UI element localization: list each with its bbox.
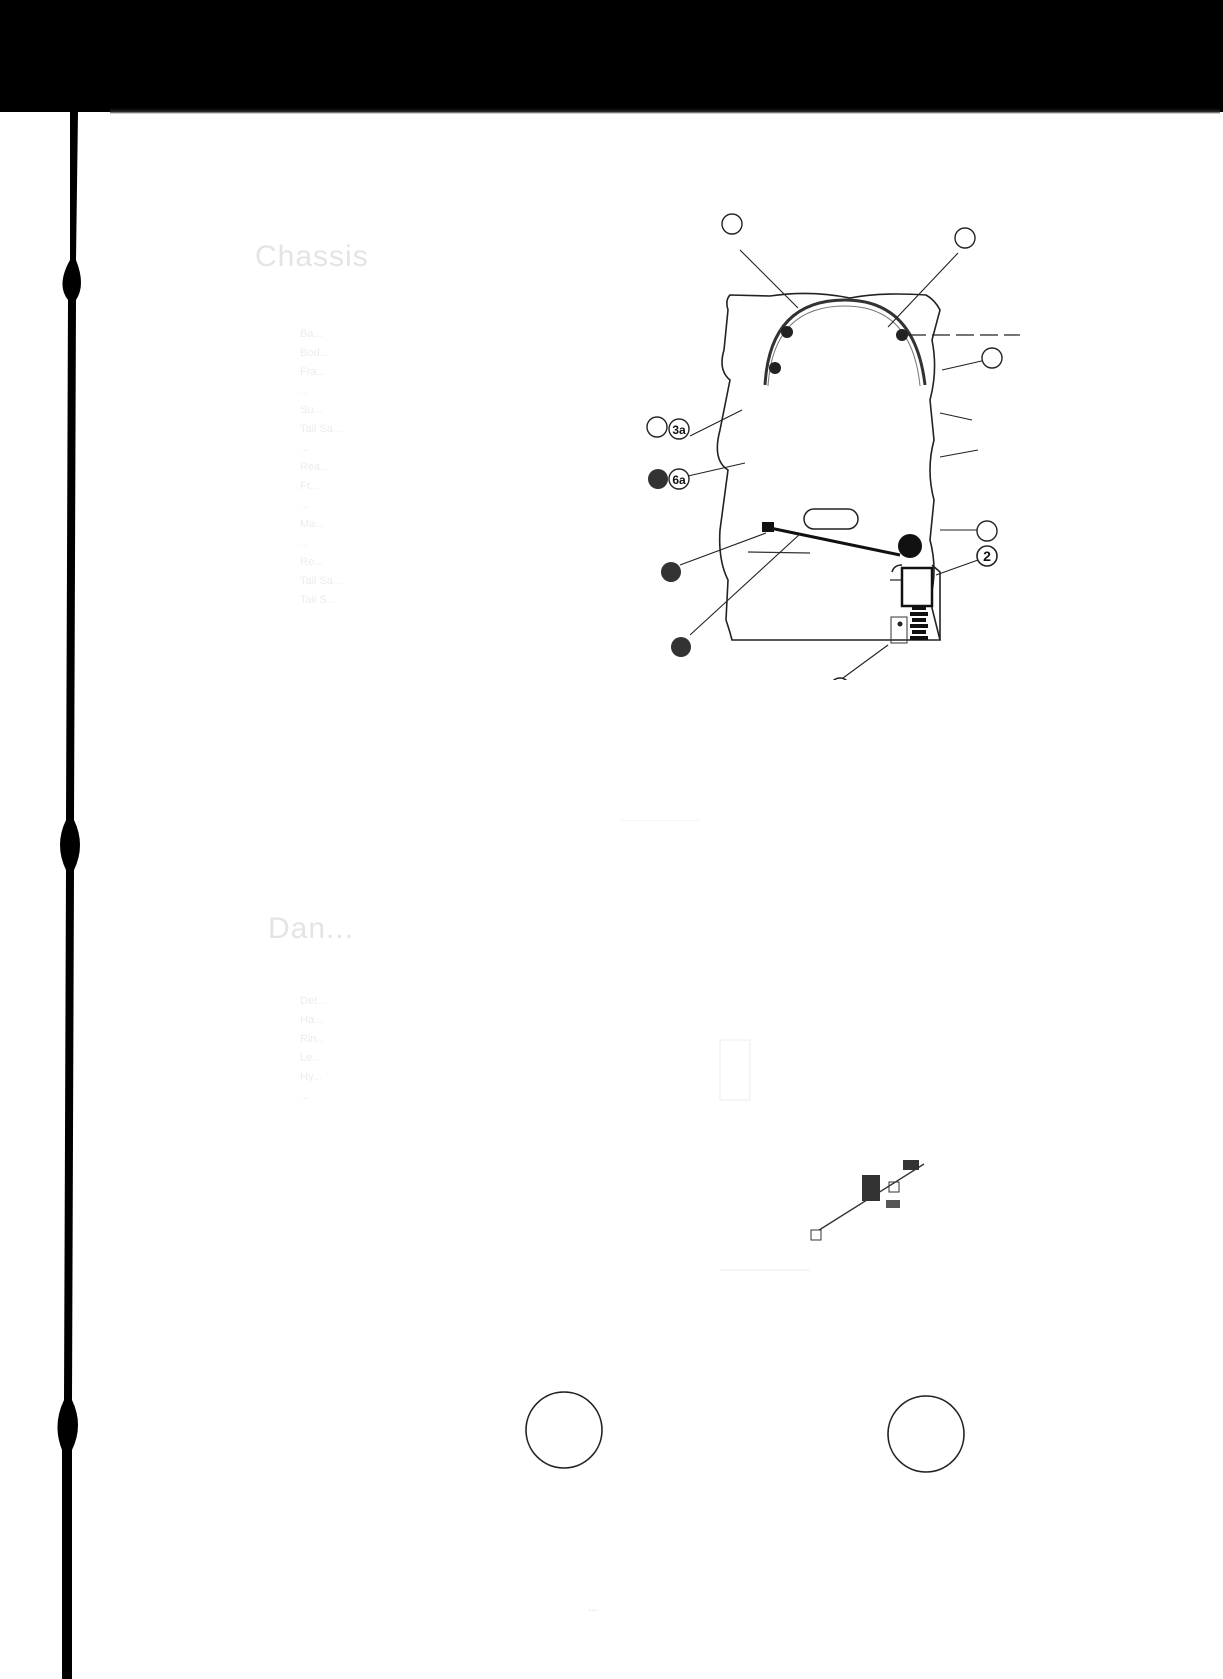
callout-filled-icon	[671, 637, 691, 657]
list-item: Fra...	[300, 363, 342, 382]
list-item: Ma...	[300, 515, 342, 534]
suspension-arm	[770, 528, 900, 555]
chassis-parts-list: Ba... Bod... Fra... ... Su... Tail Sa...…	[300, 325, 342, 610]
callout-icon	[982, 348, 1002, 368]
component-box	[811, 1230, 821, 1240]
list-item: ...	[300, 439, 342, 458]
chassis-diagram: 3a 6a 2 3	[600, 200, 1020, 680]
list-item: Ba...	[300, 325, 342, 344]
list-item: Rin...	[300, 1030, 326, 1049]
callout-label-3a: 3a	[672, 423, 686, 437]
callout-icon	[977, 521, 997, 541]
shock-top-mount-icon	[898, 534, 922, 558]
list-item: Hy...	[300, 1068, 326, 1087]
list-item: Su...	[300, 401, 342, 420]
bolt-icon	[769, 362, 781, 374]
second-parts-list: Det... Ha... Rin... Le... Hy... ...	[300, 992, 326, 1106]
page-number: ...	[588, 1600, 598, 1614]
round-opening-left	[526, 1392, 602, 1468]
section-heading-second: Dan...	[268, 912, 354, 946]
list-item: Bod...	[300, 344, 342, 363]
callout-icon	[722, 214, 742, 234]
bolt-icon	[896, 329, 908, 341]
list-item: ...	[300, 534, 342, 553]
lower-figure	[520, 820, 1120, 1600]
list-item: Ha...	[300, 1011, 326, 1030]
spring-icon	[910, 608, 928, 638]
round-opening-right	[888, 1396, 964, 1472]
list-item: Re...	[300, 553, 342, 572]
callout-label-6a: 6a	[672, 473, 686, 487]
list-item: Det...	[300, 992, 326, 1011]
list-item: ...	[300, 496, 342, 515]
list-item: Tail S...	[300, 591, 342, 610]
list-item: Rea...	[300, 458, 342, 477]
bolt-icon	[781, 326, 793, 338]
callout-circles	[647, 214, 1002, 680]
scan-top-border	[0, 0, 1223, 112]
list-item: ...	[300, 1087, 326, 1106]
shock-body	[902, 568, 932, 606]
component-block	[886, 1200, 900, 1208]
list-item: Fr...	[300, 477, 342, 496]
list-item: Tail Sa...	[300, 572, 342, 591]
list-item: Le...	[300, 1049, 326, 1068]
scan-top-border-edge	[110, 108, 1220, 114]
slot	[804, 509, 858, 529]
section-heading-chassis: Chassis	[255, 240, 369, 274]
callout-icon	[647, 417, 667, 437]
callout-icon	[955, 228, 975, 248]
callout-filled-icon	[648, 469, 668, 489]
leader-line	[816, 1164, 924, 1232]
callout-label-2: 2	[983, 548, 991, 564]
list-item: Tail Sa...	[300, 420, 342, 439]
callout-filled-icon	[661, 562, 681, 582]
list-item: ...	[300, 382, 342, 401]
